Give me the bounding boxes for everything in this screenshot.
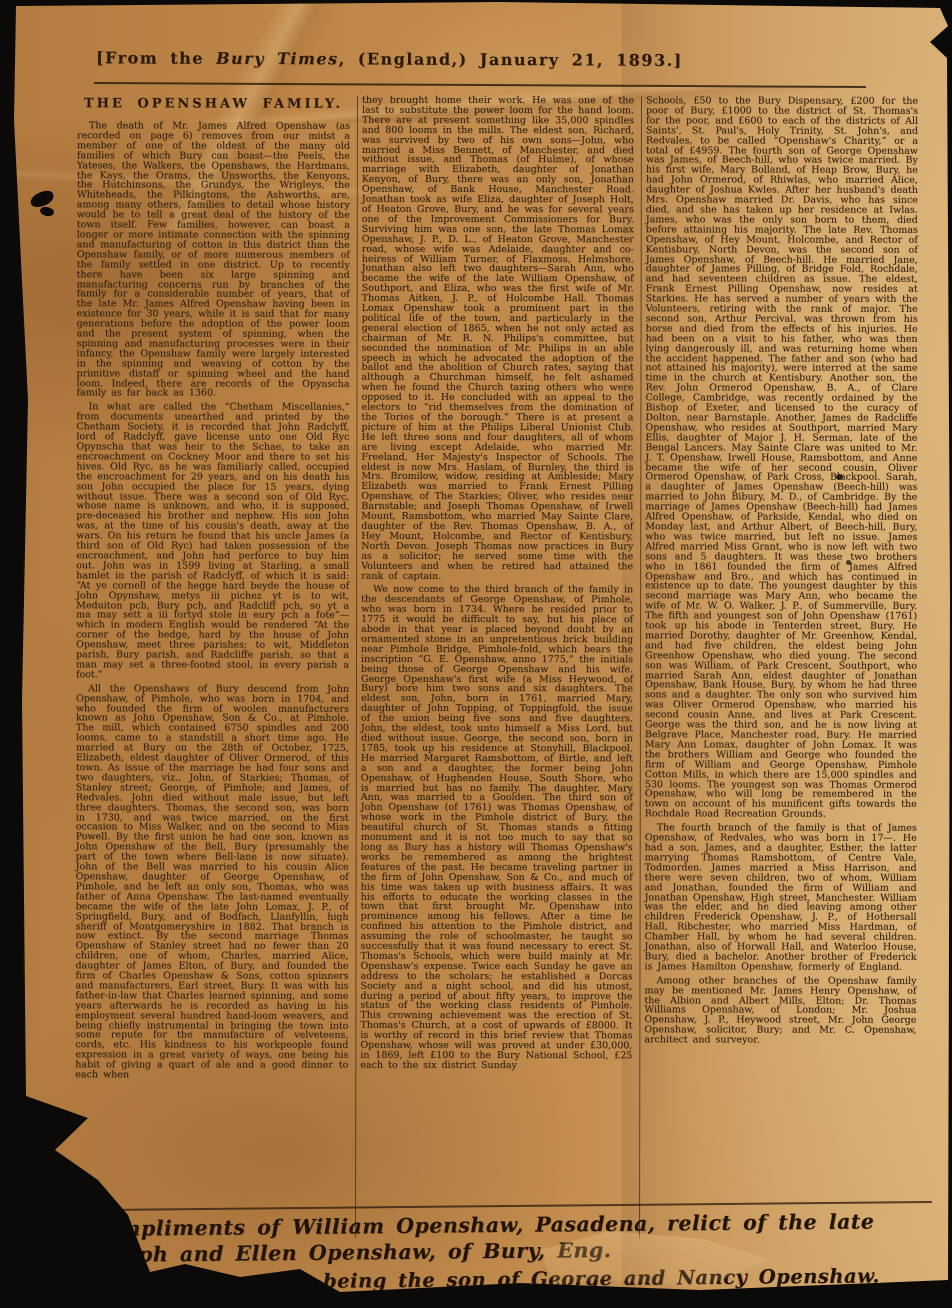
publication-name: Bury Times (216, 49, 339, 69)
article-column-1: THE OPENSHAW FAMILY. The death of Mr. Ja… (71, 95, 357, 1237)
article-column-3: Schools, £50 to the Bury Dispensary, £20… (639, 96, 925, 1238)
masthead-prefix: [From the (96, 48, 216, 68)
article-title: THE OPENSHAW FAMILY. (77, 97, 350, 111)
dedication-line-2: Joseph Openshaw being the son of George … (60, 1263, 940, 1297)
article-paragraph: Among other branches of the Openshaw fam… (644, 976, 916, 1046)
newspaper-clipping-paper: [From the Bury Times, (England,) January… (0, 0, 952, 1308)
dedication-caption: Compliments of William Openshaw, Pasaden… (60, 1208, 941, 1297)
dedication-line-1: Compliments of William Openshaw, Pasaden… (60, 1208, 940, 1268)
article-paragraph: In what are called the “Chetham Miscella… (76, 403, 349, 681)
article-paragraph: Schools, £50 to the Bury Dispensary, £20… (645, 96, 918, 820)
masthead-rule (94, 82, 866, 88)
article-paragraph: The fourth branch of the family is that … (644, 823, 916, 972)
article-paragraph: We now come to the third branch of the f… (360, 585, 633, 1071)
masthead-source-line: [From the Bury Times, (England,) January… (96, 48, 896, 70)
article-paragraph: they brought home their work. He was one… (361, 96, 634, 582)
article-paragraph: The death of Mr. James Alfred Openshaw (… (76, 121, 349, 399)
article: THE OPENSHAW FAMILY. The death of Mr. Ja… (71, 95, 925, 1238)
scanned-clipping: [From the Bury Times, (England,) January… (0, 0, 952, 1308)
article-column-2: they brought home their work. He was one… (355, 96, 641, 1238)
masthead-suffix: , (England,) January 21, 1893.] (339, 49, 683, 70)
article-paragraph: All the Openshaws of Bury descend from J… (75, 684, 349, 1081)
